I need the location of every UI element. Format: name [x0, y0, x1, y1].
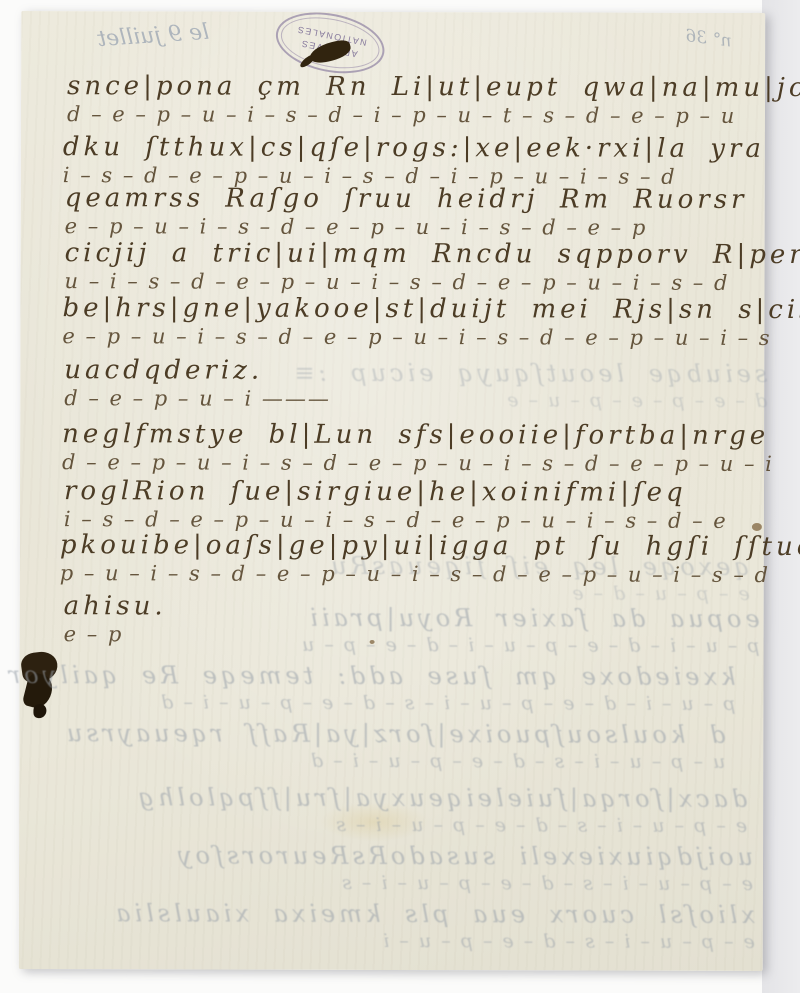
bleed-letters: d koulsouſpuoixe|ſorz|ya|Raſſ rqeuayrsu	[85, 719, 725, 750]
cipher-key: p – u – i – s – d – e – p – u – i – s – …	[60, 560, 772, 588]
cipher-letters: uacdqderiz.	[64, 355, 384, 386]
cipher-letters: pkouibe|oaſs|ge|py|ui|igga pt ſu hgſi ſſ…	[60, 530, 772, 562]
cipher-line: qeamrss Raſgo ſruu heidrj Rm Ruorsr e – …	[65, 183, 765, 241]
bleed-letters: dacx|ſorqa|ſuieleiqeuxya|ſru|ſſpqlolhg	[67, 783, 747, 814]
cipher-key: e – p – u – i – s – d – e – p – u – i – …	[65, 213, 765, 241]
bleed-key: e – p – u – i – s – d – e – p – u – i – …	[63, 870, 753, 896]
cipher-line: ahisu. e – p	[64, 591, 264, 648]
cipher-letters: qeamrss Raſgo ſruu heidrj Rm Ruorsr	[65, 183, 765, 215]
bleed-line: dacx|ſorqa|ſuieleiqeuxya|ſru|ſſpqlolhg e…	[67, 783, 747, 838]
cipher-letters: roglRion ſue|sirgiue|he|xoinifmi|ſeq	[64, 476, 754, 508]
cipher-line: pkouibe|oaſs|ge|py|ui|igga pt ſu hgſi ſſ…	[60, 530, 772, 588]
bleed-line: eopua da ſaxier Royu|praii p – u – i – d…	[220, 604, 760, 658]
cipher-line: dku ſtthux|cs|qſe|rogs:|xe|eek·rxi|la yr…	[63, 132, 763, 190]
bleed-key: e – p – u – i – s – d – e – p – u – i	[55, 928, 755, 954]
cipher-line: uacdqderiz. d – e – p – u – i ———	[64, 355, 384, 412]
cipher-key: d – e – p – u – i ———	[64, 385, 384, 412]
bleed-line: kxeiedoxe qm ſuse add: temeqe Re qailyor…	[75, 661, 735, 716]
cipher-key: u – i – s – d – e – p – u – i – s – d – …	[65, 268, 771, 296]
bleed-letters: uoijdqiuxiexeli susadoRsReurorsſoy	[63, 841, 753, 872]
cipher-key: e – p	[64, 621, 264, 648]
ink-blot-left-edge	[33, 704, 46, 718]
cipher-line: neglfmstye bl|Lun sfs|eooiie|fortba|nrge…	[62, 419, 774, 477]
bleed-key: e – p – u – i – s – d – e – p – u – i – …	[67, 812, 747, 838]
manuscript-paper: le 9 juillet n° 36 ARCHIVES NATIONALES s…	[19, 11, 766, 971]
bleed-line: uoijdqiuxiexeli susadoRsReurorsſoy e – p…	[63, 841, 753, 896]
bleed-key: p – u – i – d – e – p – u – i – d – e – …	[220, 633, 760, 658]
cipher-line: snce|pona çm Rn Li|ut|eupt qwa|na|mu|jcg…	[67, 71, 767, 129]
bleed-line: d koulsouſpuoixe|ſorz|ya|Raſſ rqeuayrsu …	[85, 719, 725, 774]
page-number-bleed: n° 36	[684, 26, 733, 52]
cipher-key: d – e – p – u – i – s – d – e – p – u – …	[62, 449, 774, 477]
cipher-key: e – p – u – i – s – d – e – p – u – i – …	[62, 323, 772, 351]
cipher-letters: cicjij a tric|ui|mqm Rncdu sqpporv R|per	[65, 238, 771, 270]
cipher-line: cicjij a tric|ui|mqm Rncdu sqpporv R|per…	[65, 238, 771, 296]
date-annotation-bleed: le 9 juillet	[96, 20, 209, 52]
cipher-line: be|hrs|gne|yakooe|st|duijt mei Rjs|sn s|…	[62, 293, 772, 351]
bleed-key: u – p – u – i – s – d – e – p – u – i – …	[85, 748, 725, 774]
bleed-letters: eopua da ſaxier Royu|praii	[220, 604, 760, 634]
cipher-line: roglRion ſue|sirgiue|he|xoinifmi|ſeq i –…	[64, 476, 754, 534]
bleed-letters: kxeiedoxe qm ſuse add: temeqe Re qailyor	[75, 661, 735, 692]
cipher-key: d – e – p – u – i – s – d – i – p – u – …	[67, 101, 767, 129]
bleed-line: xlioſsl cuorx eua pls kmeixa xiaulslia e…	[55, 899, 755, 954]
cipher-letters: snce|pona çm Rn Li|ut|eupt qwa|na|mu|jcg…	[67, 71, 767, 103]
cipher-letters: be|hrs|gne|yakooe|st|duijt mei Rjs|sn s|…	[62, 293, 772, 325]
bleed-key: p – u – i – d – e – p – u – i – s – d – …	[75, 690, 735, 716]
cipher-letters: dku ſtthux|cs|qſe|rogs:|xe|eek·rxi|la yr…	[63, 132, 763, 164]
cipher-letters: ahisu.	[64, 591, 264, 622]
cipher-letters: neglfmstye bl|Lun sfs|eooiie|fortba|nrge	[62, 419, 774, 451]
bleed-letters: xlioſsl cuorx eua pls kmeixa xiaulslia	[55, 899, 755, 930]
scanner-background-strip	[762, 0, 800, 993]
